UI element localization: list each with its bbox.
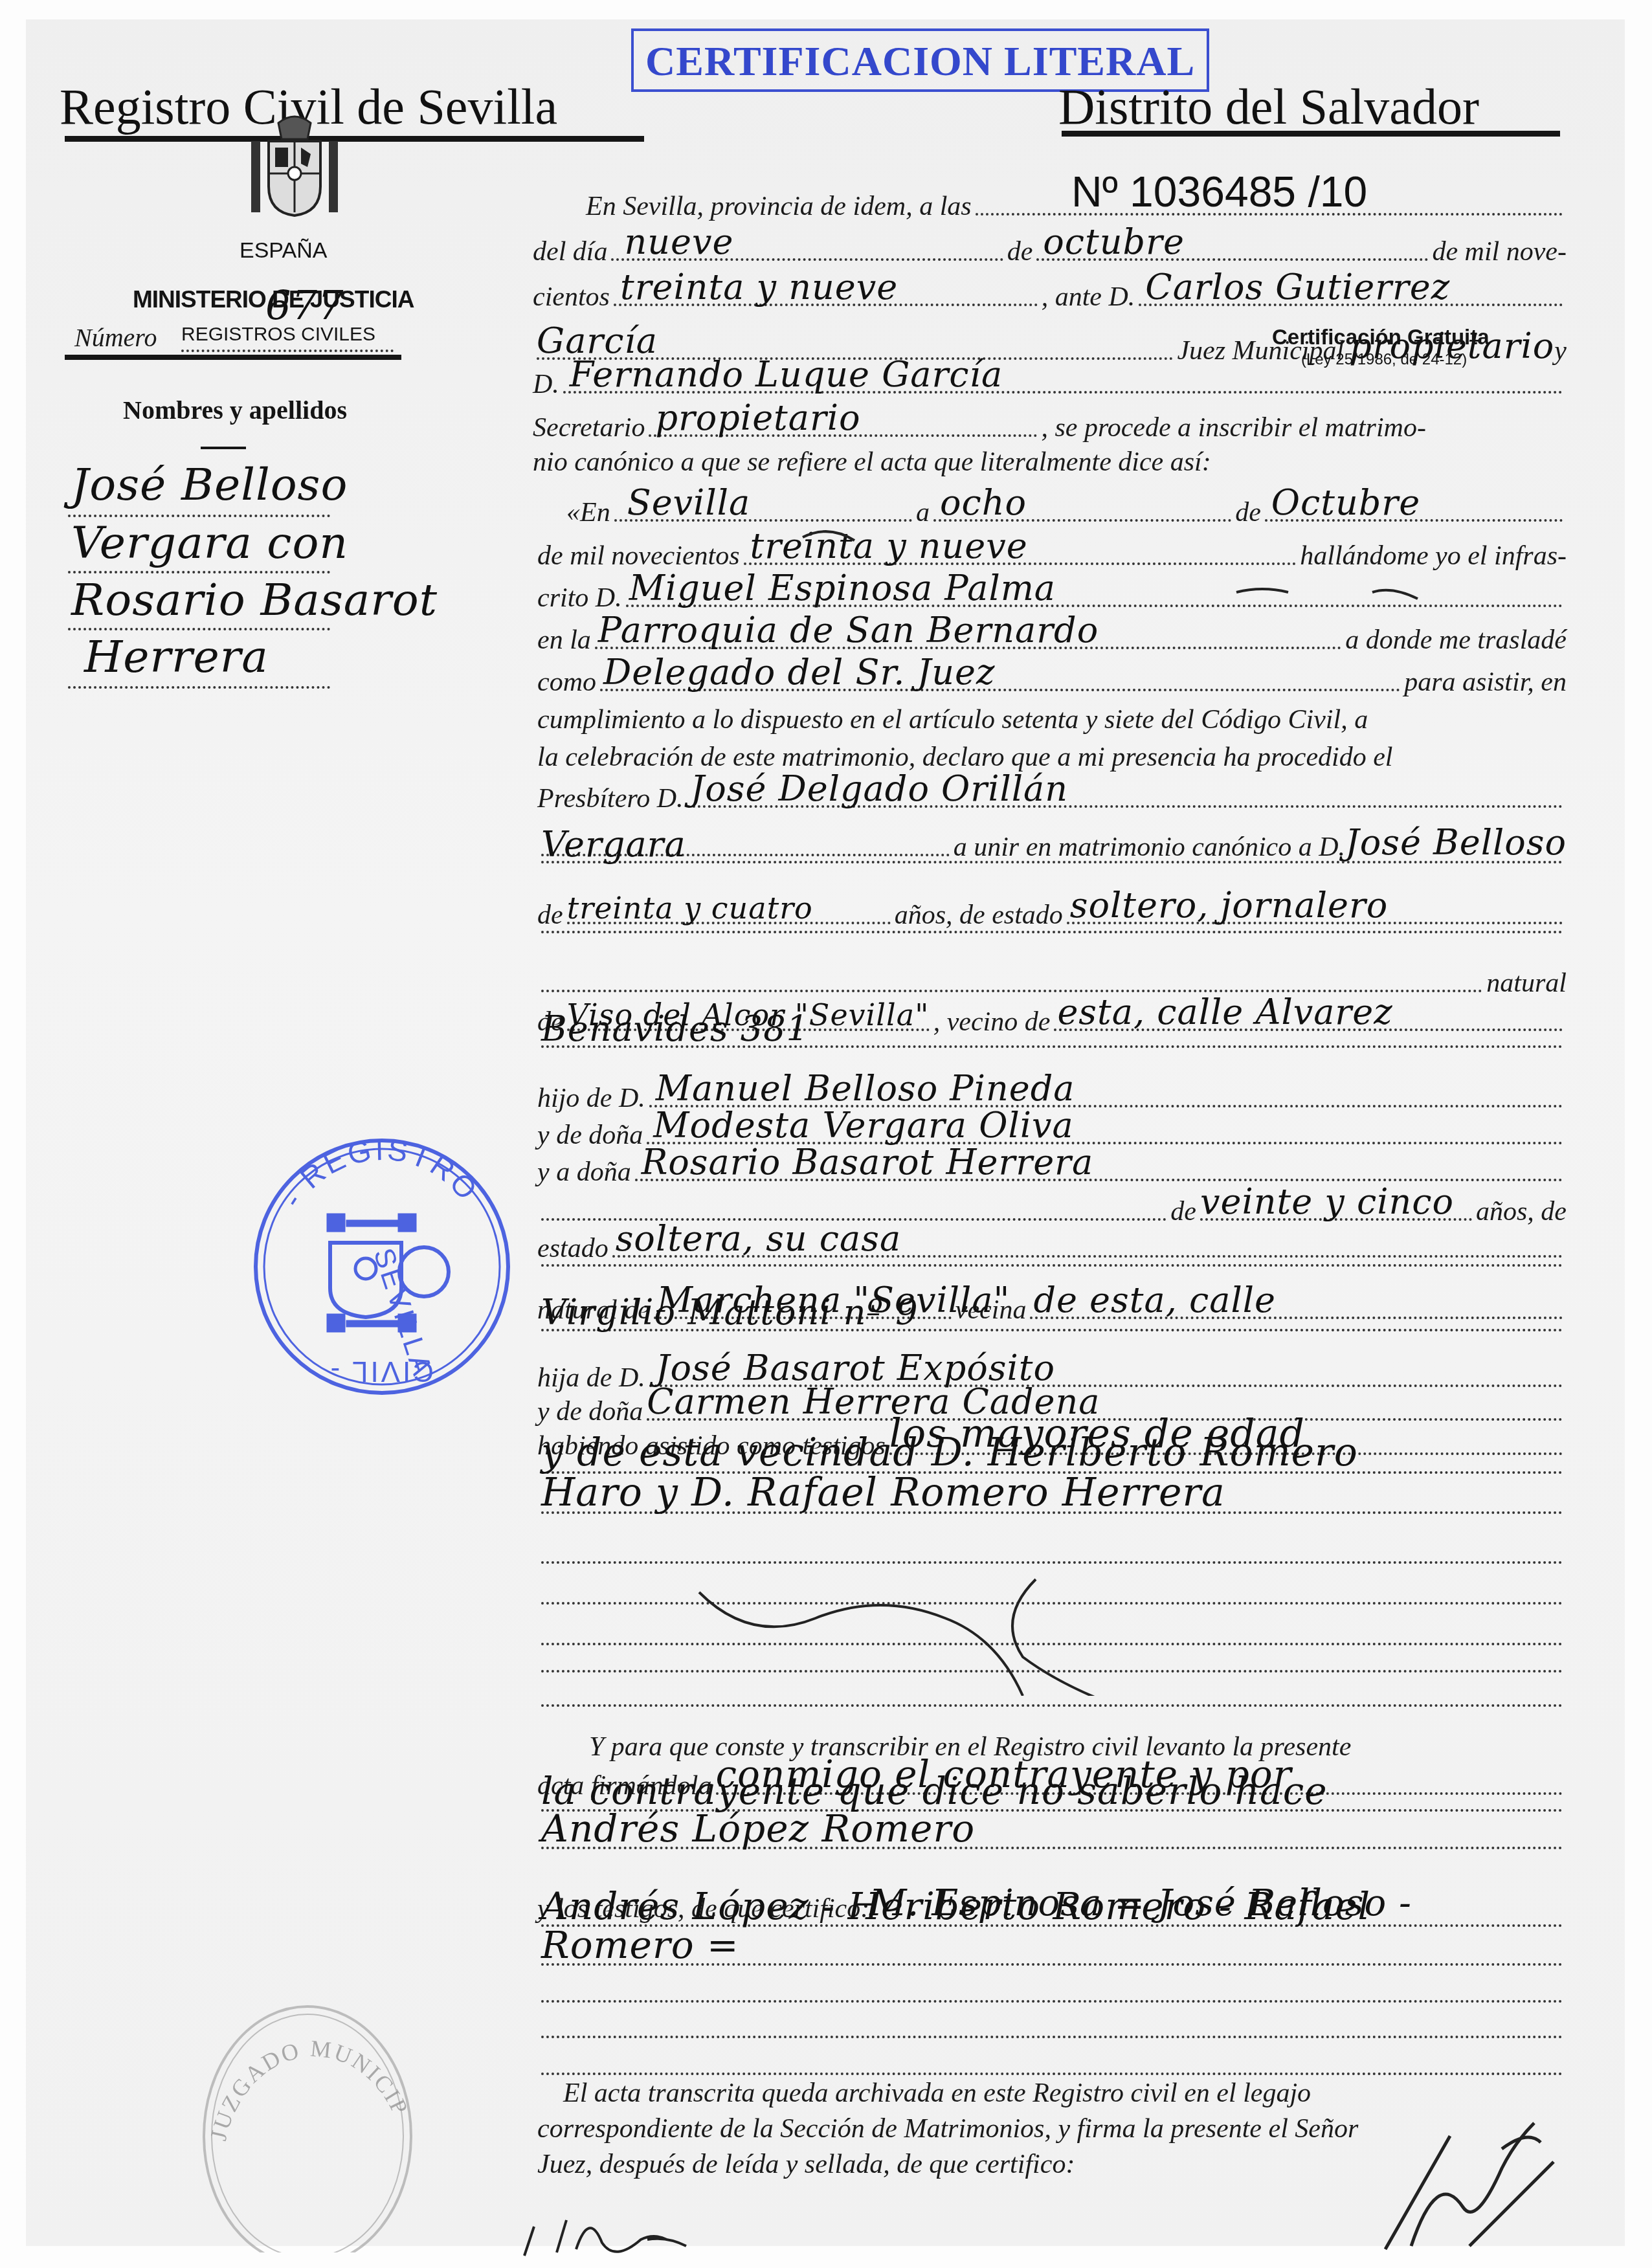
footer-line-2: correspondiente de la Sección de Matrimo…	[537, 2113, 1358, 2144]
gratuita-law: (Ley 25/1986, de 24-12)	[1301, 351, 1467, 369]
header-rule-right	[1062, 131, 1560, 137]
footer-line-1: El acta transcrita queda archivada en es…	[563, 2078, 1311, 2109]
juzgado-municipal-seal-icon: JUZGADO MUNICIPAL	[197, 1981, 418, 2252]
signatories-2: Andrés López - Heriberto Romero - Rafael	[541, 1884, 1370, 1928]
year-value: treinta y nueve	[620, 267, 898, 307]
preamble-line-2: del día nueve de octubre de mil nove-	[533, 236, 1567, 267]
month-value: octubre	[1043, 221, 1185, 262]
svg-text:- REGISTRO: - REGISTRO	[275, 1136, 486, 1213]
header-rule-left	[65, 136, 644, 142]
handwriting-flourishes-icon	[531, 498, 1567, 1696]
preamble-line-7: nio canónico a que se refiere el acta qu…	[533, 447, 1567, 478]
name-line-3: Rosario Basarot	[71, 575, 438, 626]
secretary-signature-icon	[518, 2214, 816, 2259]
number-label: Número	[74, 322, 157, 353]
judge-name: Carlos Gutierrez	[1145, 267, 1450, 307]
number-value: 677	[265, 282, 344, 329]
names-heading: Nombres y apellidos	[123, 395, 347, 425]
signing-proxy: Andrés López Romero	[541, 1807, 975, 1851]
closing-line-4: Andrés López Romero	[537, 1847, 1567, 1856]
country-label: ESPAÑA	[240, 238, 327, 263]
certificate-page: Registro Civil de Sevilla CERTIFICACION …	[26, 19, 1625, 2246]
registro-civil-sevilla-seal-icon: - REGISTRO SEVILLA CIVIL -	[249, 1136, 515, 1398]
svg-text:JUZGADO MUNICIPAL: JUZGADO MUNICIPAL	[197, 1981, 413, 2143]
preamble-line-1: En Sevilla, provincia de idem, a las	[560, 191, 1567, 222]
secretary-name: Fernando Luque García	[570, 354, 1003, 395]
preamble-line-3: cientos treinta y nueve , ante D. Carlos…	[533, 282, 1567, 313]
footer-line-3: Juez, después de leída y sellada, de que…	[537, 2149, 1075, 2180]
judge-signature-icon	[1372, 2110, 1573, 2252]
closing-line-7: Romero =	[537, 1963, 1567, 1972]
name-line-4: Herrera	[84, 632, 269, 683]
name-line-1: José Belloso	[71, 460, 348, 511]
preamble-line-5: D. Fernando Luque García	[533, 369, 1567, 400]
left-rule	[65, 355, 401, 360]
gratuita-label: Certificación Gratuita	[1272, 325, 1490, 350]
district-title: Distrito del Salvador	[1058, 78, 1479, 136]
name-line-2: Vergara con	[71, 518, 348, 569]
signatories-3: Romero =	[541, 1923, 739, 1967]
secretary-role: propietario	[655, 397, 860, 438]
preamble-line-6: Secretario propietario , se procede a in…	[533, 412, 1567, 443]
registros-civiles-label: REGISTROS CIVILES	[181, 324, 375, 346]
coat-of-arms-icon	[246, 115, 343, 225]
svg-text:CIVIL -: CIVIL -	[328, 1355, 434, 1387]
day-value: nueve	[624, 221, 733, 262]
